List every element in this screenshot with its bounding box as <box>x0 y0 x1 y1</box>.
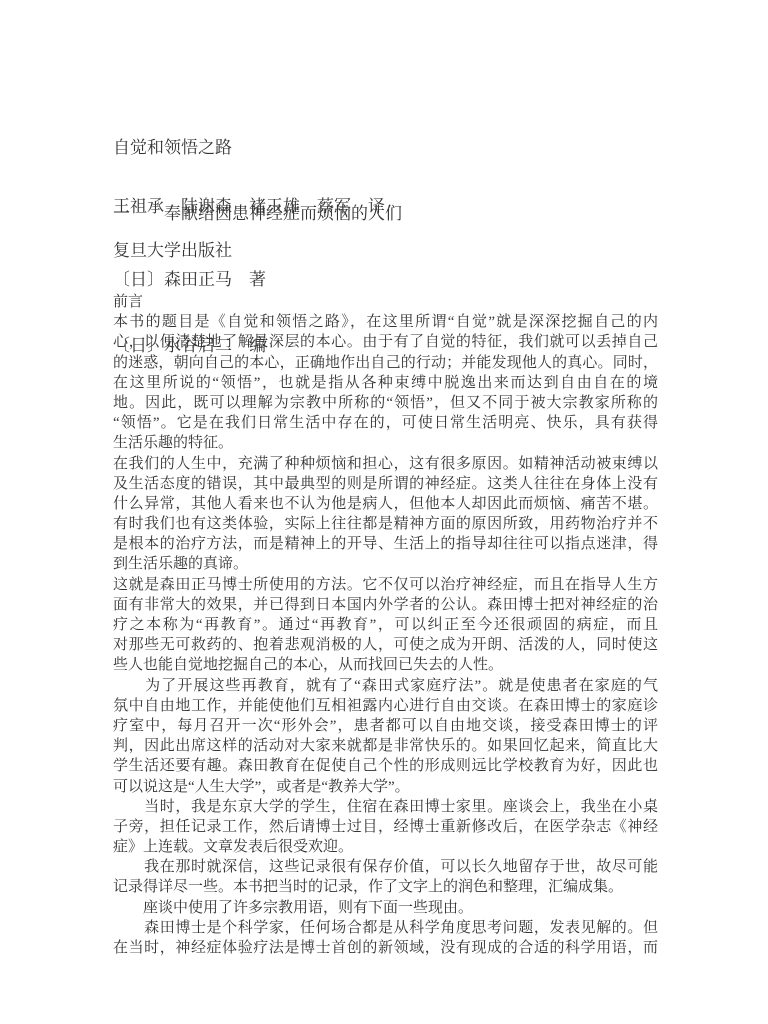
author-line: 〔日〕森田正马 著 <box>113 269 402 291</box>
preface-text-line: 学生活还要有趣。森田教育在促使自己个性的形成则远比学校教育为好，因此也 <box>113 756 658 776</box>
preface-text-line: 面有非常大的效果，并已得到日本国内外学者的公认。森田博士把对神经症的治 <box>113 595 658 615</box>
preface-text-line: 森田博士是个科学家，任何场合都是从科学角度思考问题，发表见解的。但 <box>113 918 658 938</box>
preface-text-line: 判，因此出席这样的活动对大家来就都是非常快乐的。如果回忆起来，简直比大 <box>113 736 658 756</box>
preface-text-line: 子旁，担任记录工作，然后请博士过目，经博士重新修改后，在医学杂志《神经 <box>113 817 658 837</box>
preface-text-line: 什么异常，其他人看来也不认为他是病人，但他本人却因此而烦恼、痛苦不堪。 <box>113 494 658 514</box>
preface-text-line: 对那些无可救药的、抱着悲观消极的人，可使之成为开朗、活泼的人，同时使这 <box>113 635 658 655</box>
preface-text-line: 可以说这是“人生大学”，或者是“教养大学”。 <box>113 777 658 797</box>
preface-text-line: 本书的题目是《自觉和领悟之路》，在这里所谓“自觉”就是深深挖掘自己的内 <box>113 312 658 332</box>
preface-text-line: 心，以便清楚地了解最深层的本心。由于有了自觉的特征，我们就可以丢掉自己 <box>113 332 658 352</box>
preface-text-line: 在当时，神经症体验疗法是博士首创的新领域，没有现成的合适的科学用语，而 <box>113 938 658 958</box>
preface-text-line: “领悟”。它是在我们日常生活中存在的，可使日常生活明亮、快乐，具有获得 <box>113 413 658 433</box>
book-title: 自觉和领悟之路 <box>113 137 402 159</box>
preface-text-line: 座谈中使用了许多宗教用语，则有下面一些现由。 <box>113 898 658 918</box>
translators-line: 王祖承 陆谢森 褚玉雄 蔡军 译 <box>113 196 385 218</box>
preface-text-line: 的迷惑，朝向自己的本心，正确地作出自己的行动；并能发现他人的真心。同时， <box>113 353 658 373</box>
preface-text-line: 在这里所说的“领悟”，也就是指从各种束缚中脱逸出来而达到自由自在的境 <box>113 373 658 393</box>
preface-text-line: 记录得详尽一些。本书把当时的记录，作了文字上的润色和整理，汇编成集。 <box>113 877 658 897</box>
preface-text-line: 疗之本称为“再教育”。通过“再教育”，可以纠正至今还很顽固的病症，而且 <box>113 615 658 635</box>
preface-text-line: 当时，我是东京大学的学生，住宿在森田博士家里。座谈会上，我坐在小桌 <box>113 797 658 817</box>
preface-text-line: 在我们的人生中，充满了种种烦恼和担心，这有很多原因。如精神活动被束缚以 <box>113 454 658 474</box>
publisher-line: 复旦大学出版社 <box>113 240 232 262</box>
preface-text-line: 到生活乐趣的真谛。 <box>113 554 658 574</box>
preface-text-line: 症》上连载。文章发表后很受欢迎。 <box>113 837 658 857</box>
preface-text-line: 及生活态度的错误，其中最典型的则是所谓的神经症。这类人往往在身体上没有 <box>113 474 658 494</box>
preface-heading: 前言 <box>113 292 658 312</box>
preface-text-line: 地。因此，既可以理解为宗教中所称的“领悟”，但又不同于被大宗教家所称的 <box>113 393 658 413</box>
document-page: 自觉和领悟之路 一 奉献给因患神经症而烦恼的人们 〔日〕森田正马 著 〔日〕水谷… <box>0 0 768 1024</box>
preface-text-line: 疗室中，每月召开一次“形外会”，患者都可以自由地交谈，接受森田博士的评 <box>113 716 658 736</box>
preface-text-line: 有时我们也有这类体验，实际上往往都是精神方面的原因所致，用药物治疗并不 <box>113 514 658 534</box>
preface-text-line: 生活乐趣的特征。 <box>113 433 658 453</box>
preface-text-line: 是根本的治疗方法，而是精神上的开导、生活上的指导却往往可以指点迷津，得 <box>113 534 658 554</box>
preface-text-line: 这就是森田正马博士所使用的方法。它不仅可以治疗神经症，而且在指导人生方 <box>113 575 658 595</box>
preface-text-line: 氛中自由地工作，并能使他们互相袒露内心进行自由交谈。在森田博士的家庭诊 <box>113 696 658 716</box>
preface-text-line: 些人也能自觉地挖掘自己的本心，从而找回已失去的人性。 <box>113 655 658 675</box>
preface-text-line: 我在那时就深信，这些记录很有保存价值，可以长久地留存于世，故尽可能 <box>113 857 658 877</box>
preface-section: 前言 本书的题目是《自觉和领悟之路》，在这里所谓“自觉”就是深深挖掘自己的内心，… <box>113 292 658 958</box>
preface-text-line: 为了开展这些再教育，就有了“森田式家庭疗法”。就是使患者在家庭的气 <box>113 676 658 696</box>
preface-body: 本书的题目是《自觉和领悟之路》，在这里所谓“自觉”就是深深挖掘自己的内心，以便清… <box>113 312 658 958</box>
